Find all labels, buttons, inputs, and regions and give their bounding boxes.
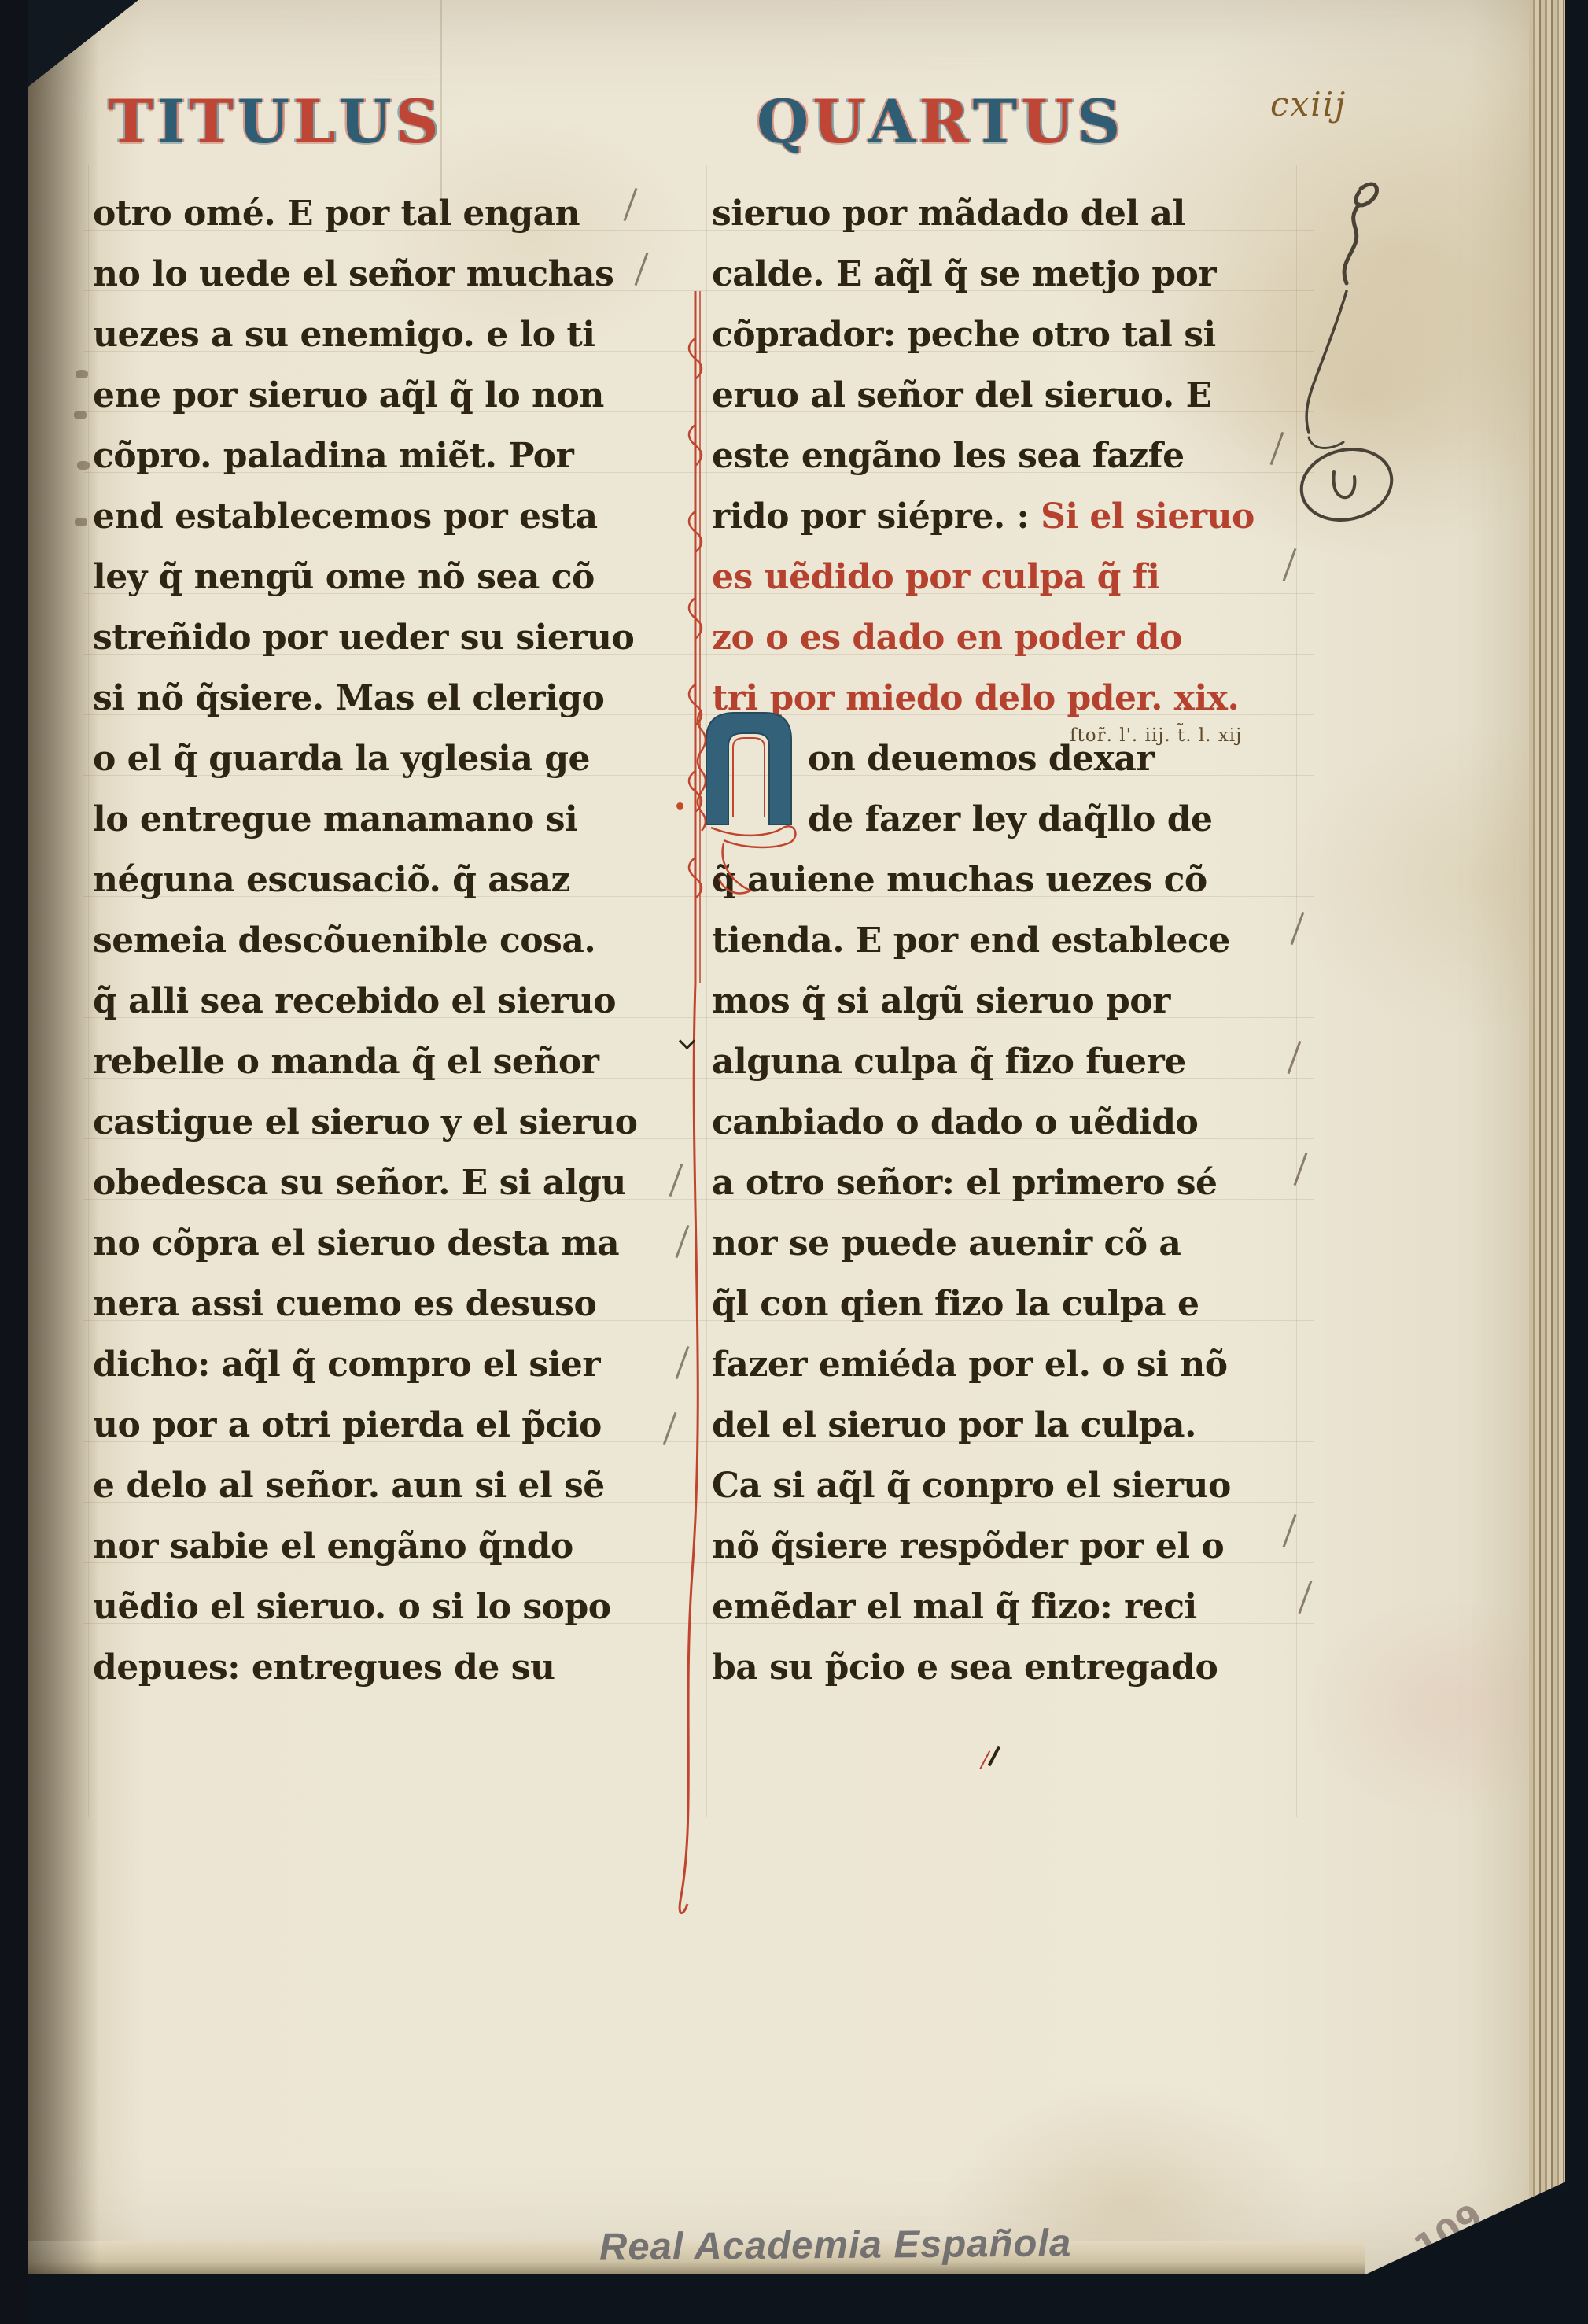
- manuscript-text-line: canbiado o dado o uẽdido: [712, 1092, 1294, 1153]
- folio-number: cxiij: [1270, 85, 1347, 124]
- manuscript-text-line: eruo al señor del sieruo. E: [712, 365, 1294, 426]
- manuscript-text-line: mos q̃ si algũ sieruo por: [712, 971, 1294, 1031]
- manuscript-text-line: depues: entregues de su: [93, 1637, 654, 1698]
- decorated-capital-letter: Q: [757, 72, 812, 172]
- text-segment: calde. E aq̃l q̃ se metjo por: [712, 254, 1216, 294]
- text-segment: fazer emiéda por el. o si nõ: [712, 1345, 1228, 1385]
- chapter-title-quartus: QUARTUS: [757, 72, 1124, 172]
- manuscript-text-line: si nõ q̃siere. Mas el clerigo: [93, 668, 654, 729]
- manuscript-text-line: lo entregue manamano si: [93, 789, 654, 850]
- manuscript-text-line: cõpro. paladina miẽt. Por: [93, 426, 654, 486]
- chapter-title-titulus: TITULUS: [109, 72, 443, 172]
- manuscript-text-line: uẽdio el sieruo. o si lo sopo: [93, 1577, 654, 1637]
- manuscript-text-line: ene por sieruo aq̃l q̃ lo non: [93, 365, 654, 426]
- manuscript-text-line: rido por siépre. : Si el sieruo: [712, 486, 1294, 547]
- manuscript-text-line: fazer emiéda por el. o si nõ: [712, 1334, 1294, 1395]
- manuscript-text-line: ba su p̃cio e sea entregado: [712, 1637, 1294, 1698]
- manuscript-text-line: dicho: aq̃l q̃ compro el sier: [93, 1334, 654, 1395]
- manuscript-text-line: o el q̃ guarda la yglesia ge: [93, 729, 654, 789]
- show-through-fragment: [75, 518, 87, 526]
- manuscript-text-line: emẽdar el mal q̃ fizo: reci: [712, 1577, 1294, 1637]
- decorated-capital-letter: S: [396, 72, 443, 172]
- manuscript-text-line: uo por a otri pierda el p̃cio: [93, 1395, 654, 1455]
- manuscript-text-line: otro omé. E por tal engan: [93, 183, 654, 244]
- manuscript-text-line: tienda. E por end establece: [712, 910, 1294, 971]
- backdrop-left: [0, 0, 28, 2324]
- intercolumn-penwork-line: [661, 275, 731, 1927]
- text-segment: zo o es dado en poder do: [712, 618, 1182, 658]
- backdrop-right: [1565, 0, 1588, 2324]
- text-segment: del el sieruo por la culpa.: [712, 1405, 1196, 1445]
- text-segment: a otro señor: el primero sé: [712, 1163, 1218, 1203]
- manuscript-text-line: alguna culpa q̃ fizo fuere: [712, 1031, 1294, 1092]
- manuscript-text-line: q̃l con qien fizo la culpa e: [712, 1274, 1294, 1334]
- text-segment: este engãno les sea fazfe: [712, 436, 1185, 476]
- decorated-capital-letter: U: [238, 72, 293, 172]
- decorated-capital-letter: T: [973, 72, 1022, 172]
- manuscript-text-line: ley q̃ nengũ ome nõ sea cõ: [93, 547, 654, 607]
- manuscript-text-line: nõ q̃siere respõder por el o: [712, 1516, 1294, 1577]
- manuscript-text-line: castigue el sieruo y el sieruo: [93, 1092, 654, 1153]
- text-column-right: sieruo por mãdado del alcalde. E aq̃l q̃…: [712, 183, 1294, 1698]
- manuscript-text-line: streñido por ueder su sieruo: [93, 607, 654, 668]
- decorated-capital-letter: U: [1021, 72, 1077, 172]
- manuscript-text-line: uezes a su enemigo. e lo ti: [93, 304, 654, 365]
- decorated-capital-letter: T: [109, 72, 157, 172]
- decorated-capital-letter: U: [812, 72, 868, 172]
- text-column-left: otro omé. E por tal enganno lo uede el s…: [93, 183, 654, 1698]
- manuscript-text-line: cõprador: peche otro tal si: [712, 304, 1294, 365]
- manuscript-text-line: zo o es dado en poder do: [712, 607, 1294, 668]
- column-guide-line: [88, 165, 89, 1817]
- decorated-capital-letter: A: [868, 72, 919, 172]
- text-segment: emẽdar el mal q̃ fizo: reci: [712, 1587, 1197, 1627]
- manuscript-text-line: no cõpra el sieruo desta ma: [93, 1213, 654, 1274]
- decorated-capital-letter: L: [293, 72, 339, 172]
- manuscript-text-line: no lo uede el señor muchas: [93, 244, 654, 304]
- text-segment: nõ q̃siere respõder por el o: [712, 1526, 1224, 1566]
- manuscript-text-line: es uẽdido por culpa q̃ fi: [712, 547, 1294, 607]
- manuscript-text-line: Ca si aq̃l q̃ conpro el sieruo: [712, 1455, 1294, 1516]
- manuscript-text-line: q̃ alli sea recebido el sieruo: [93, 971, 654, 1031]
- pen-mark: [676, 802, 683, 810]
- manuscript-text-line: a otro señor: el primero sé: [712, 1153, 1294, 1213]
- manuscript-text-line: end establecemos por esta: [93, 486, 654, 547]
- show-through-fragment: [77, 461, 90, 470]
- manuscript-text-line: semeia descõuenible cosa.: [93, 910, 654, 971]
- text-segment: cõprador: peche otro tal si: [712, 315, 1216, 355]
- text-segment: Si el sieruo: [1029, 496, 1255, 537]
- show-through-fragment: [74, 411, 87, 419]
- text-segment: eruo al señor del sieruo. E: [712, 375, 1212, 415]
- margin-gloss: ſtor̃. l'. iij. t̃. l. xij: [1070, 725, 1242, 746]
- text-segment: q̃l con qien fizo la culpa e: [712, 1284, 1199, 1324]
- text-segment: ba su p̃cio e sea entregado: [712, 1647, 1218, 1688]
- page-edge-stack: [1529, 0, 1565, 2274]
- text-segment: mos q̃ si algũ sieruo por: [712, 981, 1170, 1021]
- text-segment: es uẽdido por culpa q̃ fi: [712, 557, 1159, 597]
- decorated-capital-letter: S: [1077, 72, 1124, 172]
- manuscript-text-line: e delo al señor. aun si el sẽ: [93, 1455, 654, 1516]
- manuscript-text-line: sieruo por mãdado del al: [712, 183, 1294, 244]
- decorated-capital-letter: U: [339, 72, 395, 172]
- manuscript-text-line: nor sabie el engãno q̃ndo: [93, 1516, 654, 1577]
- decorated-capital-letter: T: [189, 72, 238, 172]
- manuscript-text-line: nor se puede auenir cõ a: [712, 1213, 1294, 1274]
- library-watermark: Real Academia Española: [599, 2221, 1072, 2269]
- manuscript-text-line: calde. E aq̃l q̃ se metjo por: [712, 244, 1294, 304]
- manuscript-text-line: nera assi cuemo es desuso: [93, 1274, 654, 1334]
- text-segment: sieruo por mãdado del al: [712, 194, 1185, 234]
- manuscript-text-line: obedesca su señor. E si algu: [93, 1153, 654, 1213]
- manuscript-photo: TITULUS QUARTUS cxiij otro omé. E por ta…: [0, 0, 1588, 2324]
- manuscript-text-line: néguna escusaciõ. q̃ asaz: [93, 850, 654, 910]
- show-through-fragment: [76, 370, 88, 378]
- text-segment: tienda. E por end establece: [712, 920, 1230, 961]
- text-segment: canbiado o dado o uẽdido: [712, 1102, 1198, 1142]
- text-segment: de fazer ley daq̃llo de: [808, 799, 1213, 839]
- text-segment: alguna culpa q̃ fizo fuere: [712, 1042, 1186, 1082]
- text-segment: rido por siépre. :: [712, 496, 1029, 537]
- manuscript-text-line: rebelle o manda q̃ el señor: [93, 1031, 654, 1092]
- text-segment: nor se puede auenir cõ a: [712, 1223, 1181, 1263]
- decorated-capital-letter: I: [157, 72, 190, 172]
- text-segment: Ca si aq̃l q̃ conpro el sieruo: [712, 1466, 1231, 1506]
- manuscript-text-line: del el sieruo por la culpa.: [712, 1395, 1294, 1455]
- decorated-capital-letter: R: [919, 72, 972, 172]
- manuscript-text-line: este engãno les sea fazfe: [712, 426, 1294, 486]
